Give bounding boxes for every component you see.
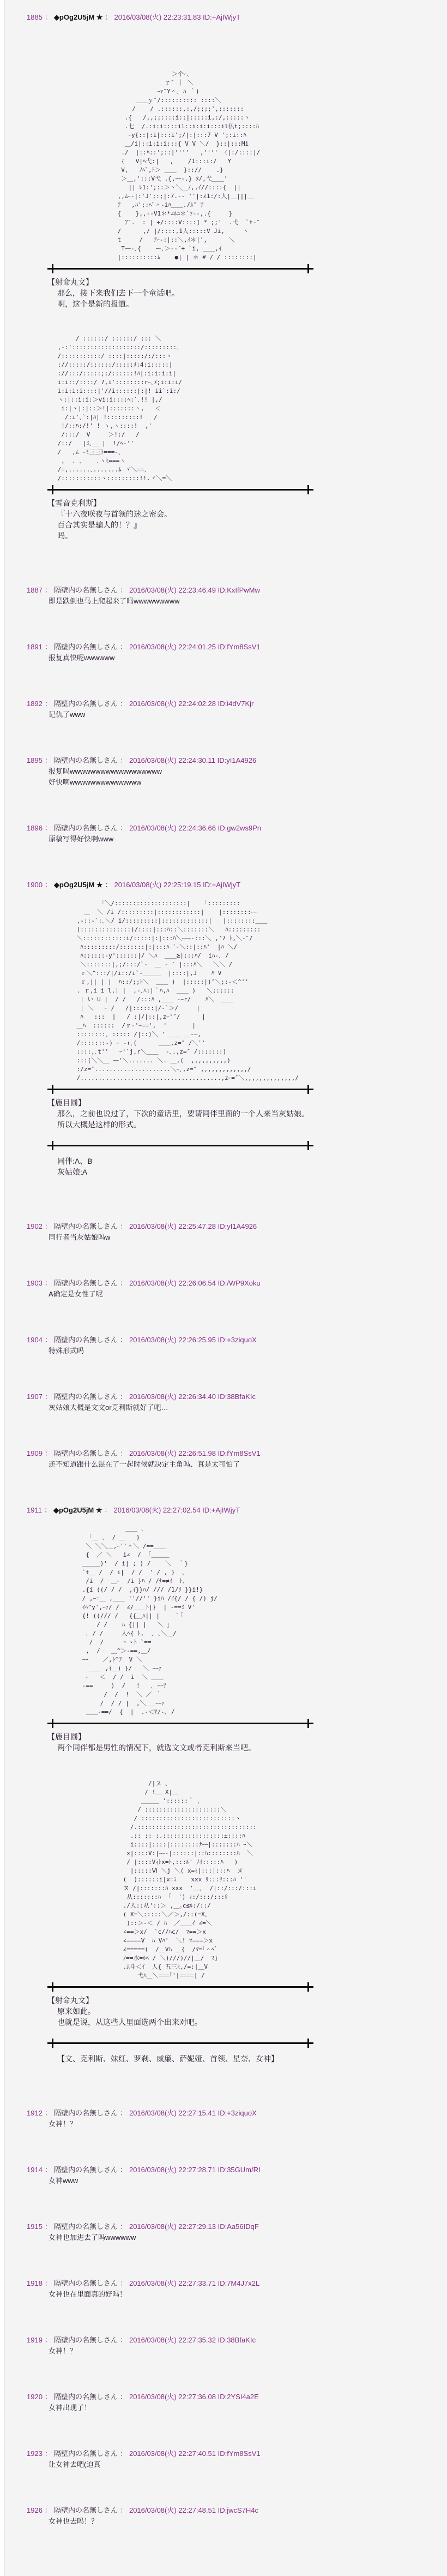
reply-body: 原稿写得好快啊www (27, 834, 447, 845)
separator: ： (118, 2336, 129, 2344)
divider-line (47, 489, 313, 491)
section-divider (47, 264, 313, 273)
reply-body: A确定是女性了呢 (27, 1289, 447, 1300)
post-date-id: 2016/03/08(火) 22:26:34.40 ID:38BfaKIc (129, 1392, 256, 1401)
info-block: 同伴:A、B灰姑娘:A (27, 1156, 447, 1178)
post-number[interactable]: 1918 (27, 2279, 43, 2287)
reply-line: 女神也去吗！？ (49, 2516, 447, 2527)
separator: ： (118, 824, 129, 832)
post-date-id: 2016/03/08(火) 22:26:51.98 ID:fYm8SsV1 (129, 1449, 261, 1457)
post-date-id: 2016/03/08(火) 22:27:29.13 ID:Aa56IDqF (129, 2222, 259, 2231)
divider-line (47, 1145, 313, 1146)
post-date-id: 2016/03/08(火) 22:27:35.32 ID:38BfaKIc (129, 2336, 256, 2344)
reply-line: 女神也在里面真的好吗！ (49, 2289, 447, 2300)
reply-body: 记仇了www (27, 709, 447, 720)
reply-line: 同行者当灰姑娘吗w (49, 1232, 447, 1243)
post-author: 隔壁内の名無しさん (54, 824, 118, 832)
post-header: 1902：隔壁内の名無しさん：2016/03/08(火) 22:25:47.28… (27, 1221, 447, 1232)
post-number[interactable]: 1926 (27, 2506, 43, 2514)
separator: ： (102, 13, 114, 21)
separator: ： (118, 2279, 129, 2287)
post: 1912：隔壁内の名無しさん：2016/03/08(火) 22:27:15.41… (27, 2108, 447, 2130)
ascii-art: ｢＼/::::::::::::::::::::| ｢::::::::: ＿ ＼ … (73, 899, 447, 1083)
post-author: 隔壁内の名無しさん (54, 1279, 118, 1287)
post-author: 隔壁内の名無しさん (54, 2166, 118, 2174)
reply-line: A确定是女性了呢 (49, 1289, 447, 1300)
post: 1891：隔壁内の名無しさん：2016/03/08(火) 22:24:01.25… (27, 642, 447, 664)
post-header: 1926：隔壁内の名無しさん：2016/03/08(火) 22:27:48.51… (27, 2505, 447, 2516)
reply-body: 女神出现了！ (27, 2402, 447, 2413)
divider-cap-right (307, 1982, 309, 1992)
reply-body: 报复真快呢wwwwww (27, 653, 447, 664)
post-number[interactable]: 1909 (27, 1449, 43, 1457)
reply-line: 还不知道跟什么混在了一起时候就决定主角吗、真是太可怕了 (49, 1459, 447, 1470)
reply-body: 同行者当灰姑娘吗w (27, 1232, 447, 1243)
post-header: 1918：隔壁内の名無しさん：2016/03/08(火) 22:27:33.71… (27, 2278, 447, 2289)
section-divider (47, 1085, 313, 1094)
divider-cap-left (52, 2039, 53, 2048)
reply-line: 报复真快呢wwwwww (49, 653, 447, 664)
post-date-id: 2016/03/08(火) 22:24:02.28 ID:i4dV7Kjr (129, 700, 253, 708)
post-header: 1909：隔壁内の名無しさん：2016/03/08(火) 22:26:51.98… (27, 1448, 447, 1459)
ascii-art: ＿＿ ､ ｢＿ ､ / ＿ } ＼ ＼＼＿,ｰ''＾＼ /==＿＿ { ／ ＼ … (78, 1525, 447, 1717)
post-number[interactable]: 1911 (27, 1506, 42, 1514)
separator: ： (42, 1506, 53, 1514)
post-header: 1887：隔壁内の名無しさん：2016/03/08(火) 22:23:46.49… (27, 585, 447, 596)
post: 1919：隔壁内の名無しさん：2016/03/08(火) 22:27:35.32… (27, 2335, 447, 2357)
divider-cap-left (52, 1085, 53, 1094)
post-number[interactable]: 1885 (27, 13, 43, 21)
post: 1885：◆pOg2U5jM ★：2016/03/08(火) 22:23:31.… (27, 12, 447, 541)
info-line: 灰姑娘:A (57, 1167, 447, 1178)
divider-cap-left (52, 485, 53, 494)
info-line: 同伴:A、B (57, 1156, 447, 1167)
post: 1902：隔壁内の名無しさん：2016/03/08(火) 22:25:47.28… (27, 1221, 447, 1243)
post: 1926：隔壁内の名無しさん：2016/03/08(火) 22:27:48.51… (27, 2505, 447, 2527)
speaker-name: 【鹿目圆】 (47, 1097, 447, 1108)
separator: ： (118, 1392, 129, 1401)
speaker-name: 【射命丸文】 (47, 1995, 447, 2006)
divider-line (47, 2042, 313, 2044)
divider-cap-left (52, 264, 53, 273)
post: 1896：隔壁内の名無しさん：2016/03/08(火) 22:24:36.66… (27, 823, 447, 845)
separator: ： (43, 2506, 54, 2514)
separator: ： (118, 2393, 129, 2401)
separator: ： (118, 2109, 129, 2117)
post-author: 隔壁内の名無しさん (54, 1392, 118, 1401)
post: 1895：隔壁内の名無しさん：2016/03/08(火) 22:24:30.11… (27, 755, 447, 788)
post-date-id: 2016/03/08(火) 22:27:02.54 ID:+AjIWjyT (114, 1506, 240, 1514)
reply-body: 女神！？ (27, 2346, 447, 2357)
divider-cap-right (307, 264, 309, 273)
post-number[interactable]: 1912 (27, 2109, 43, 2117)
speech-line: 两个同伴都是男性的情况下，就选文文或者克利斯来当吧。 (57, 1742, 447, 1753)
speech-line: 啊，这个是新的报道。 (57, 298, 447, 309)
ascii-art: / ::::::/ ::::::/ ::: ＼ ,-:'::::::::::::… (54, 334, 447, 483)
post-date-id: 2016/03/08(火) 22:23:31.83 ID:+AjIWjyT (114, 13, 241, 21)
post-header: 1900：◆pOg2U5jM ★：2016/03/08(火) 22:25:19.… (27, 880, 447, 890)
separator: ： (118, 1449, 129, 1457)
speaker-name: 【鹿目圆】 (47, 1731, 447, 1742)
post-date-id: 2016/03/08(火) 22:27:40.51 ID:fYm8SsV1 (129, 2449, 261, 2458)
reply-body: 女神也去吗！？ (27, 2516, 447, 2527)
post-date-id: 2016/03/08(火) 22:25:19.15 ID:+AjIWjyT (114, 881, 241, 889)
reply-line: 女神！？ (49, 2346, 447, 2357)
speech-block: 【鹿目圆】那么，之前也说过了，下次的童话里，要请同伴里面的一个人来当灰姑娘。所以… (27, 1097, 447, 1130)
separator: ： (118, 700, 129, 708)
reply-body: 还不知道跟什么混在了一起时候就决定主角吗、真是太可怕了 (27, 1459, 447, 1470)
speech-line: 吗。 (57, 530, 447, 541)
post-number[interactable]: 1891 (27, 643, 43, 651)
divider-line (47, 1986, 313, 1988)
post-author: 隔壁内の名無しさん (54, 2109, 118, 2117)
speech-block: 【射命丸文】原来如此。也就是说，从这些人里面选两个出来对吧。 (27, 1995, 447, 2028)
reply-line: 女神！？ (49, 2119, 447, 2130)
separator: ： (118, 2449, 129, 2458)
thread-page: 1885：◆pOg2U5jM ★：2016/03/08(火) 22:23:31.… (0, 0, 447, 2576)
post: 1907：隔壁内の名無しさん：2016/03/08(火) 22:26:34.40… (27, 1391, 447, 1413)
reply-line: 好快啊wwwwwwwwwwwwww (49, 777, 447, 788)
divider-cap-left (52, 1982, 53, 1992)
post: 1918：隔壁内の名無しさん：2016/03/08(火) 22:27:33.71… (27, 2278, 447, 2300)
separator: ： (102, 1506, 114, 1514)
reply-line: 即是跌倒也马上爬起来了吗wwwwwwwww (49, 596, 447, 607)
post-date-id: 2016/03/08(火) 22:24:30.11 ID:yI1A4926 (129, 756, 256, 764)
separator: ： (118, 2506, 129, 2514)
post: 1914：隔壁内の名無しさん：2016/03/08(火) 22:27:28.71… (27, 2165, 447, 2186)
separator: ： (43, 2222, 54, 2231)
divider-cap-right (307, 485, 309, 494)
speech-block: 【雪音克利斯】『十六夜咲夜与首领的迷之密会。百合其实是骗人的！？』吗。 (27, 498, 447, 541)
post-author: 隔壁内の名無しさん (54, 2393, 118, 2401)
post-date-id: 2016/03/08(火) 22:27:33.71 ID:7M4J7x2L (129, 2279, 259, 2287)
post: 1909：隔壁内の名無しさん：2016/03/08(火) 22:26:51.98… (27, 1448, 447, 1470)
reply-body: 即是跌倒也马上爬起来了吗wwwwwwwww (27, 596, 447, 607)
speech-block: 【鹿目圆】两个同伴都是男性的情况下，就选文文或者克利斯来当吧。 (27, 1731, 447, 1753)
divider-cap-right (307, 1719, 309, 1728)
post-header: 1895：隔壁内の名無しさん：2016/03/08(火) 22:24:30.11… (27, 755, 447, 766)
post-header: 1896：隔壁内の名無しさん：2016/03/08(火) 22:24:36.66… (27, 823, 447, 834)
reply-line: 特殊形式吗 (49, 1346, 447, 1356)
reply-body: 女神也加进去了吗wwwwww (27, 2232, 447, 2243)
post-number[interactable]: 1900 (27, 881, 43, 889)
post-date-id: 2016/03/08(火) 22:24:36.66 ID:gw2ws9Pn (129, 824, 261, 832)
separator: ： (43, 2393, 54, 2401)
post-date-id: 2016/03/08(火) 22:27:15.41 ID:+3ziquoX (129, 2109, 257, 2117)
post-author: 隔壁内の名無しさん (54, 2279, 118, 2287)
divider-cap-right (307, 1141, 309, 1150)
speech-line: 所以大概是这样的形式。 (57, 1119, 447, 1130)
separator: ： (43, 756, 54, 764)
separator: ： (43, 1392, 54, 1401)
post-header: 1891：隔壁内の名無しさん：2016/03/08(火) 22:24:01.25… (27, 642, 447, 653)
post-number[interactable]: 1896 (27, 824, 43, 832)
post-number[interactable]: 1923 (27, 2449, 43, 2458)
reply-line: 女神www (49, 2175, 447, 2186)
post: 1892：隔壁内の名無しさん：2016/03/08(火) 22:24:02.28… (27, 698, 447, 720)
speech-line: 『十六夜咲夜与首领的迷之密会。 (57, 509, 447, 519)
post-header: 1904：隔壁内の名無しさん：2016/03/08(火) 22:26:25.95… (27, 1335, 447, 1346)
post: 1904：隔壁内の名無しさん：2016/03/08(火) 22:26:25.95… (27, 1335, 447, 1356)
divider-line (47, 268, 313, 270)
reply-line: 记仇了www (49, 709, 447, 720)
post-author: ◆pOg2U5jM ★ (54, 13, 103, 21)
post-number[interactable]: 1904 (27, 1336, 43, 1344)
post: 1887：隔壁内の名無しさん：2016/03/08(火) 22:23:46.49… (27, 585, 447, 607)
post-header: 1919：隔壁内の名無しさん：2016/03/08(火) 22:27:35.32… (27, 2335, 447, 2346)
post-header: 1907：隔壁内の名無しさん：2016/03/08(火) 22:26:34.40… (27, 1391, 447, 1402)
reply-body: 女神www (27, 2175, 447, 2186)
post-date-id: 2016/03/08(火) 22:25:47.28 ID:yI1A4926 (129, 1222, 257, 1230)
post-header: 1923：隔壁内の名無しさん：2016/03/08(火) 22:27:40.51… (27, 2448, 447, 2459)
section-divider (47, 1982, 313, 1992)
post-header: 1912：隔壁内の名無しさん：2016/03/08(火) 22:27:15.41… (27, 2108, 447, 2119)
separator: ： (118, 756, 129, 764)
post-header: 1885：◆pOg2U5jM ★：2016/03/08(火) 22:23:31.… (27, 12, 447, 23)
reply-line: 让女神去吧(迫真 (49, 2459, 447, 2470)
divider-cap-left (52, 1719, 53, 1728)
post-author: 隔壁内の名無しさん (54, 643, 118, 651)
post-number[interactable]: 1887 (27, 586, 43, 594)
reply-line: 女神出现了！ (49, 2402, 447, 2413)
post-date-id: 2016/03/08(火) 22:24:01.25 ID:fYm8SsV1 (129, 643, 261, 651)
info-block: 【文、克利斯、妹红、罗刹、威廉、萨妮娅、首领、星奈、女神】 (27, 2053, 447, 2064)
reply-body: 报复吗wwwwwwwwwwwwwwwwww好快啊wwwwwwwwwwwwww (27, 766, 447, 788)
post-date-id: 2016/03/08(火) 22:23:46.49 ID:KxIfPwMw (129, 586, 260, 594)
post-number[interactable]: 1902 (27, 1222, 43, 1230)
separator: ： (43, 586, 54, 594)
separator: ： (43, 2449, 54, 2458)
reply-body: 女神！？ (27, 2119, 447, 2130)
post-author: 隔壁内の名無しさん (54, 1449, 118, 1457)
post: 1903：隔壁内の名無しさん：2016/03/08(火) 22:26:06.54… (27, 1278, 447, 1300)
post-number[interactable]: 1895 (27, 756, 43, 764)
post-author: 隔壁内の名無しさん (54, 2449, 118, 2458)
reply-body: 特殊形式吗 (27, 1346, 447, 1356)
separator: ： (43, 2336, 54, 2344)
divider-line (47, 1723, 313, 1724)
post-number[interactable]: 1892 (27, 700, 43, 708)
post: 1911：◆pOg2U5jM ★：2016/03/08(火) 22:27:02.… (27, 1505, 447, 2064)
post-author: 隔壁内の名無しさん (54, 2336, 118, 2344)
reply-line: 灰姑娘大概是文文or克利斯就好了吧… (49, 1402, 447, 1413)
post-date-id: 2016/03/08(火) 22:27:28.71 ID:35GUm/RI (129, 2166, 261, 2174)
post-header: 1915：隔壁内の名無しさん：2016/03/08(火) 22:27:29.13… (27, 2221, 447, 2232)
separator: ： (118, 643, 129, 651)
separator: ： (118, 586, 129, 594)
speech-line: 百合其实是骗人的！？』 (57, 519, 447, 530)
post-number[interactable]: 1915 (27, 2222, 43, 2231)
separator: ： (43, 2166, 54, 2174)
post-header: 1920：隔壁内の名無しさん：2016/03/08(火) 22:27:36.08… (27, 2392, 447, 2402)
divider-cap-left (52, 1141, 53, 1150)
reply-body: 让女神去吧(迫真 (27, 2459, 447, 2470)
post-date-id: 2016/03/08(火) 22:27:48.51 ID:jwcS7H4c (129, 2506, 258, 2514)
post-header: 1914：隔壁内の名無しさん：2016/03/08(火) 22:27:28.71… (27, 2165, 447, 2175)
divider-line (47, 1089, 313, 1090)
post-author: 隔壁内の名無しさん (54, 1336, 118, 1344)
post-number[interactable]: 1907 (27, 1392, 43, 1401)
reply-line: 女神也加进去了吗wwwwww (49, 2232, 447, 2243)
separator: ： (102, 881, 114, 889)
post-number[interactable]: 1920 (27, 2393, 43, 2401)
separator: ： (43, 824, 54, 832)
separator: ： (43, 643, 54, 651)
section-divider (47, 1719, 313, 1728)
section-divider (47, 1141, 313, 1150)
speech-block: 【射命丸文】那么，接下来我们去下一个童话吧。啊，这个是新的报道。 (27, 277, 447, 309)
speech-line: 原来如此。 (57, 2006, 447, 2017)
post-date-id: 2016/03/08(火) 22:26:06.54 ID:/WP9Xoku (129, 1279, 261, 1287)
reply-body: 女神也在里面真的好吗！ (27, 2289, 447, 2300)
separator: ： (118, 1222, 129, 1230)
separator: ： (43, 1449, 54, 1457)
separator: ： (43, 2279, 54, 2287)
section-divider (47, 2039, 313, 2048)
separator: ： (43, 881, 54, 889)
post-date-id: 2016/03/08(火) 22:26:25.95 ID:+3ziquoX (129, 1336, 257, 1344)
speaker-name: 【雪音克利斯】 (47, 498, 447, 509)
thread-content-column: 1885：◆pOg2U5jM ★：2016/03/08(火) 22:23:31.… (4, 0, 447, 2576)
post-author: ◆pOg2U5jM ★ (53, 1506, 102, 1514)
post-author: 隔壁内の名無しさん (54, 1222, 118, 1230)
separator: ： (43, 1279, 54, 1287)
reply-line: 报复吗wwwwwwwwwwwwwwwwww (49, 766, 447, 777)
separator: ： (43, 1336, 54, 1344)
post-date-id: 2016/03/08(火) 22:27:36.08 ID:2YSI4a2E (129, 2393, 259, 2401)
separator: ： (43, 2109, 54, 2117)
post-header: 1903：隔壁内の名無しさん：2016/03/08(火) 22:26:06.54… (27, 1278, 447, 1289)
separator: ： (43, 13, 54, 21)
separator: ： (118, 1336, 129, 1344)
separator: ： (118, 1279, 129, 1287)
divider-cap-right (307, 1085, 309, 1094)
separator: ： (118, 2222, 129, 2231)
post: 1915：隔壁内の名無しさん：2016/03/08(火) 22:27:29.13… (27, 2221, 447, 2243)
post: 1920：隔壁内の名無しさん：2016/03/08(火) 22:27:36.08… (27, 2392, 447, 2413)
post-author: 隔壁内の名無しさん (54, 756, 118, 764)
post-number[interactable]: 1919 (27, 2336, 43, 2344)
post-header: 1911：◆pOg2U5jM ★：2016/03/08(火) 22:27:02.… (27, 1505, 447, 1516)
reply-body: 灰姑娘大概是文文or克利斯就好了吧… (27, 1402, 447, 1413)
post-author: 隔壁内の名無しさん (54, 2506, 118, 2514)
divider-cap-right (307, 2039, 309, 2048)
post-number[interactable]: 1903 (27, 1279, 43, 1287)
speech-line: 那么，之前也说过了，下次的童话里，要请同伴里面的一个人来当灰姑娘。 (57, 1108, 447, 1119)
post: 1923：隔壁内の名無しさん：2016/03/08(火) 22:27:40.51… (27, 2448, 447, 2470)
post-author: ◆pOg2U5jM ★ (54, 881, 103, 889)
post-number[interactable]: 1914 (27, 2166, 43, 2174)
post-author: 隔壁内の名無しさん (54, 700, 118, 708)
post-author: 隔壁内の名無しさん (54, 2222, 118, 2231)
speech-line: 那么，接下来我们去下一个童话吧。 (57, 288, 447, 298)
post-list: 1885：◆pOg2U5jM ★：2016/03/08(火) 22:23:31.… (27, 12, 447, 2527)
separator: ： (118, 2166, 129, 2174)
post: 1900：◆pOg2U5jM ★：2016/03/08(火) 22:25:19.… (27, 880, 447, 1178)
speaker-name: 【射命丸文】 (47, 277, 447, 288)
post-header: 1892：隔壁内の名無しさん：2016/03/08(火) 22:24:02.28… (27, 698, 447, 709)
section-divider (47, 485, 313, 494)
post-author: 隔壁内の名無しさん (54, 586, 118, 594)
ascii-art: /|ヌ ､ / !＿ X|＿ ＿＿＿ '::::::｀ ､ / ::::::::… (119, 1779, 447, 1980)
ascii-art: ＞个ｰ、 ｒ″ ｜ ＼ ｰｧ″Y＾､ ﾊ ｀) ＿＿ｙ″/:::::::::: … (114, 70, 447, 262)
info-line: 【文、克利斯、妹红、罗刹、威廉、萨妮娅、首领、星奈、女神】 (57, 2053, 447, 2064)
separator: ： (43, 700, 54, 708)
reply-line: 原稿写得好快啊www (49, 834, 447, 845)
separator: ： (43, 1222, 54, 1230)
speech-line: 也就是说，从这些人里面选两个出来对吧。 (57, 2017, 447, 2028)
